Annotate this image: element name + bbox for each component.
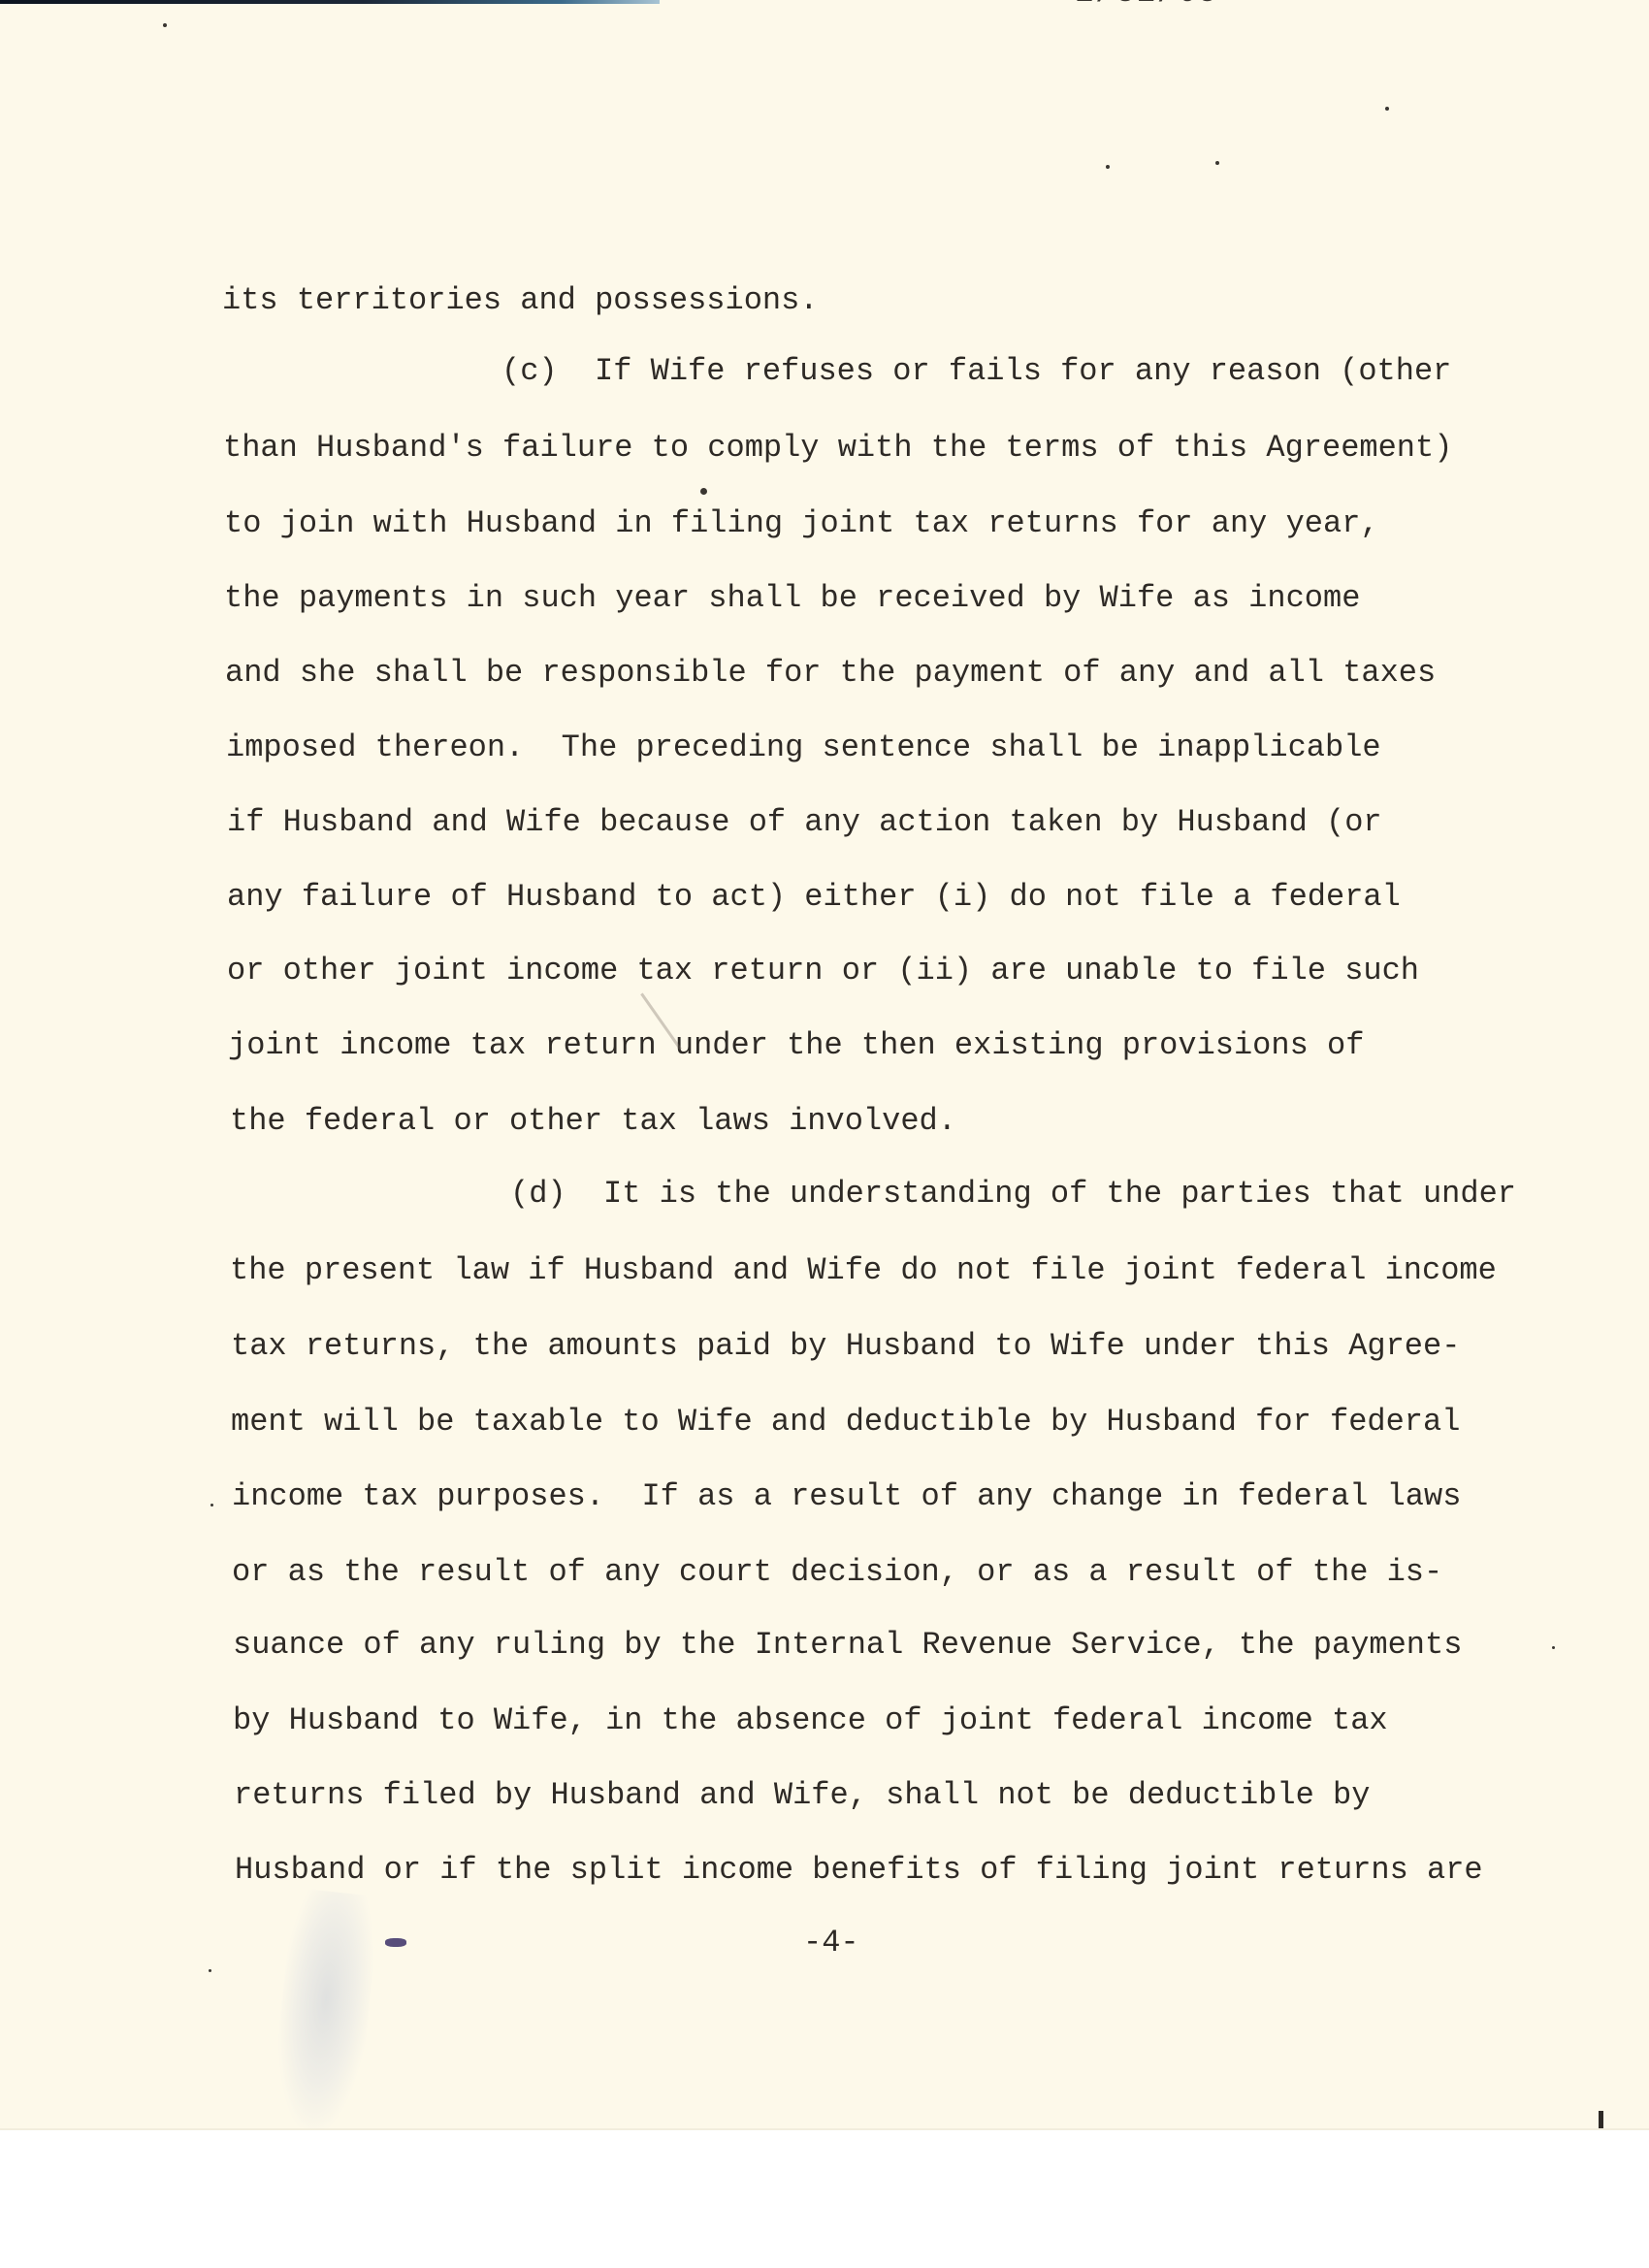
text-line: its territories and possessions. <box>222 281 819 320</box>
text-line: returns filed by Husband and Wife, shall… <box>234 1776 1370 1815</box>
ink-speck <box>210 1504 213 1507</box>
scan-edge-strip <box>0 0 660 4</box>
ink-speck <box>1552 1646 1555 1649</box>
ink-speck <box>700 488 707 495</box>
paragraph-d-first-line: (d) It is the understanding of the parti… <box>510 1175 1516 1214</box>
text-line: joint income tax return under the then e… <box>228 1026 1364 1065</box>
header-date: 1/31/65 <box>1075 0 1218 11</box>
text-line: income tax purposes. If as a result of a… <box>232 1477 1461 1516</box>
ink-speck <box>1106 165 1110 169</box>
text-line: ment will be taxable to Wife and deducti… <box>231 1403 1460 1442</box>
page-number: -4- <box>803 1924 859 1962</box>
ink-speck <box>209 1969 211 1972</box>
text-line: Husband or if the split income benefits … <box>235 1851 1483 1890</box>
paragraph-c-first-line: (c) If Wife refuses or fails for any rea… <box>501 352 1451 391</box>
text-line: the payments in such year shall be recei… <box>224 579 1360 618</box>
ink-blot <box>385 1938 406 1947</box>
text-line: suance of any ruling by the Internal Rev… <box>233 1626 1462 1665</box>
text-line: and she shall be responsible for the pay… <box>225 654 1436 693</box>
text-line: any failure of Husband to act) either (i… <box>227 878 1401 917</box>
text-line: to join with Husband in filing joint tax… <box>224 504 1379 543</box>
scan-corner-mark <box>1599 2111 1603 2128</box>
text-line: the federal or other tax laws involved. <box>230 1102 956 1141</box>
smudge-mark <box>269 1888 380 2133</box>
text-line: or other joint income tax return or (ii)… <box>227 952 1419 990</box>
document-page: 1/31/65 its territories and possessions.… <box>0 0 1649 2130</box>
text-line: the present law if Husband and Wife do n… <box>230 1251 1497 1290</box>
ink-speck <box>1385 107 1389 111</box>
ink-speck <box>163 23 167 27</box>
text-line: tax returns, the amounts paid by Husband… <box>231 1327 1460 1366</box>
text-line: than Husband's failure to comply with th… <box>223 429 1452 468</box>
text-line: or as the result of any court decision, … <box>232 1553 1442 1592</box>
ink-speck <box>1215 161 1219 165</box>
text-line: by Husband to Wife, in the absence of jo… <box>233 1701 1388 1740</box>
text-line: if Husband and Wife because of any actio… <box>227 803 1382 842</box>
text-line: imposed thereon. The preceding sentence … <box>226 729 1381 767</box>
